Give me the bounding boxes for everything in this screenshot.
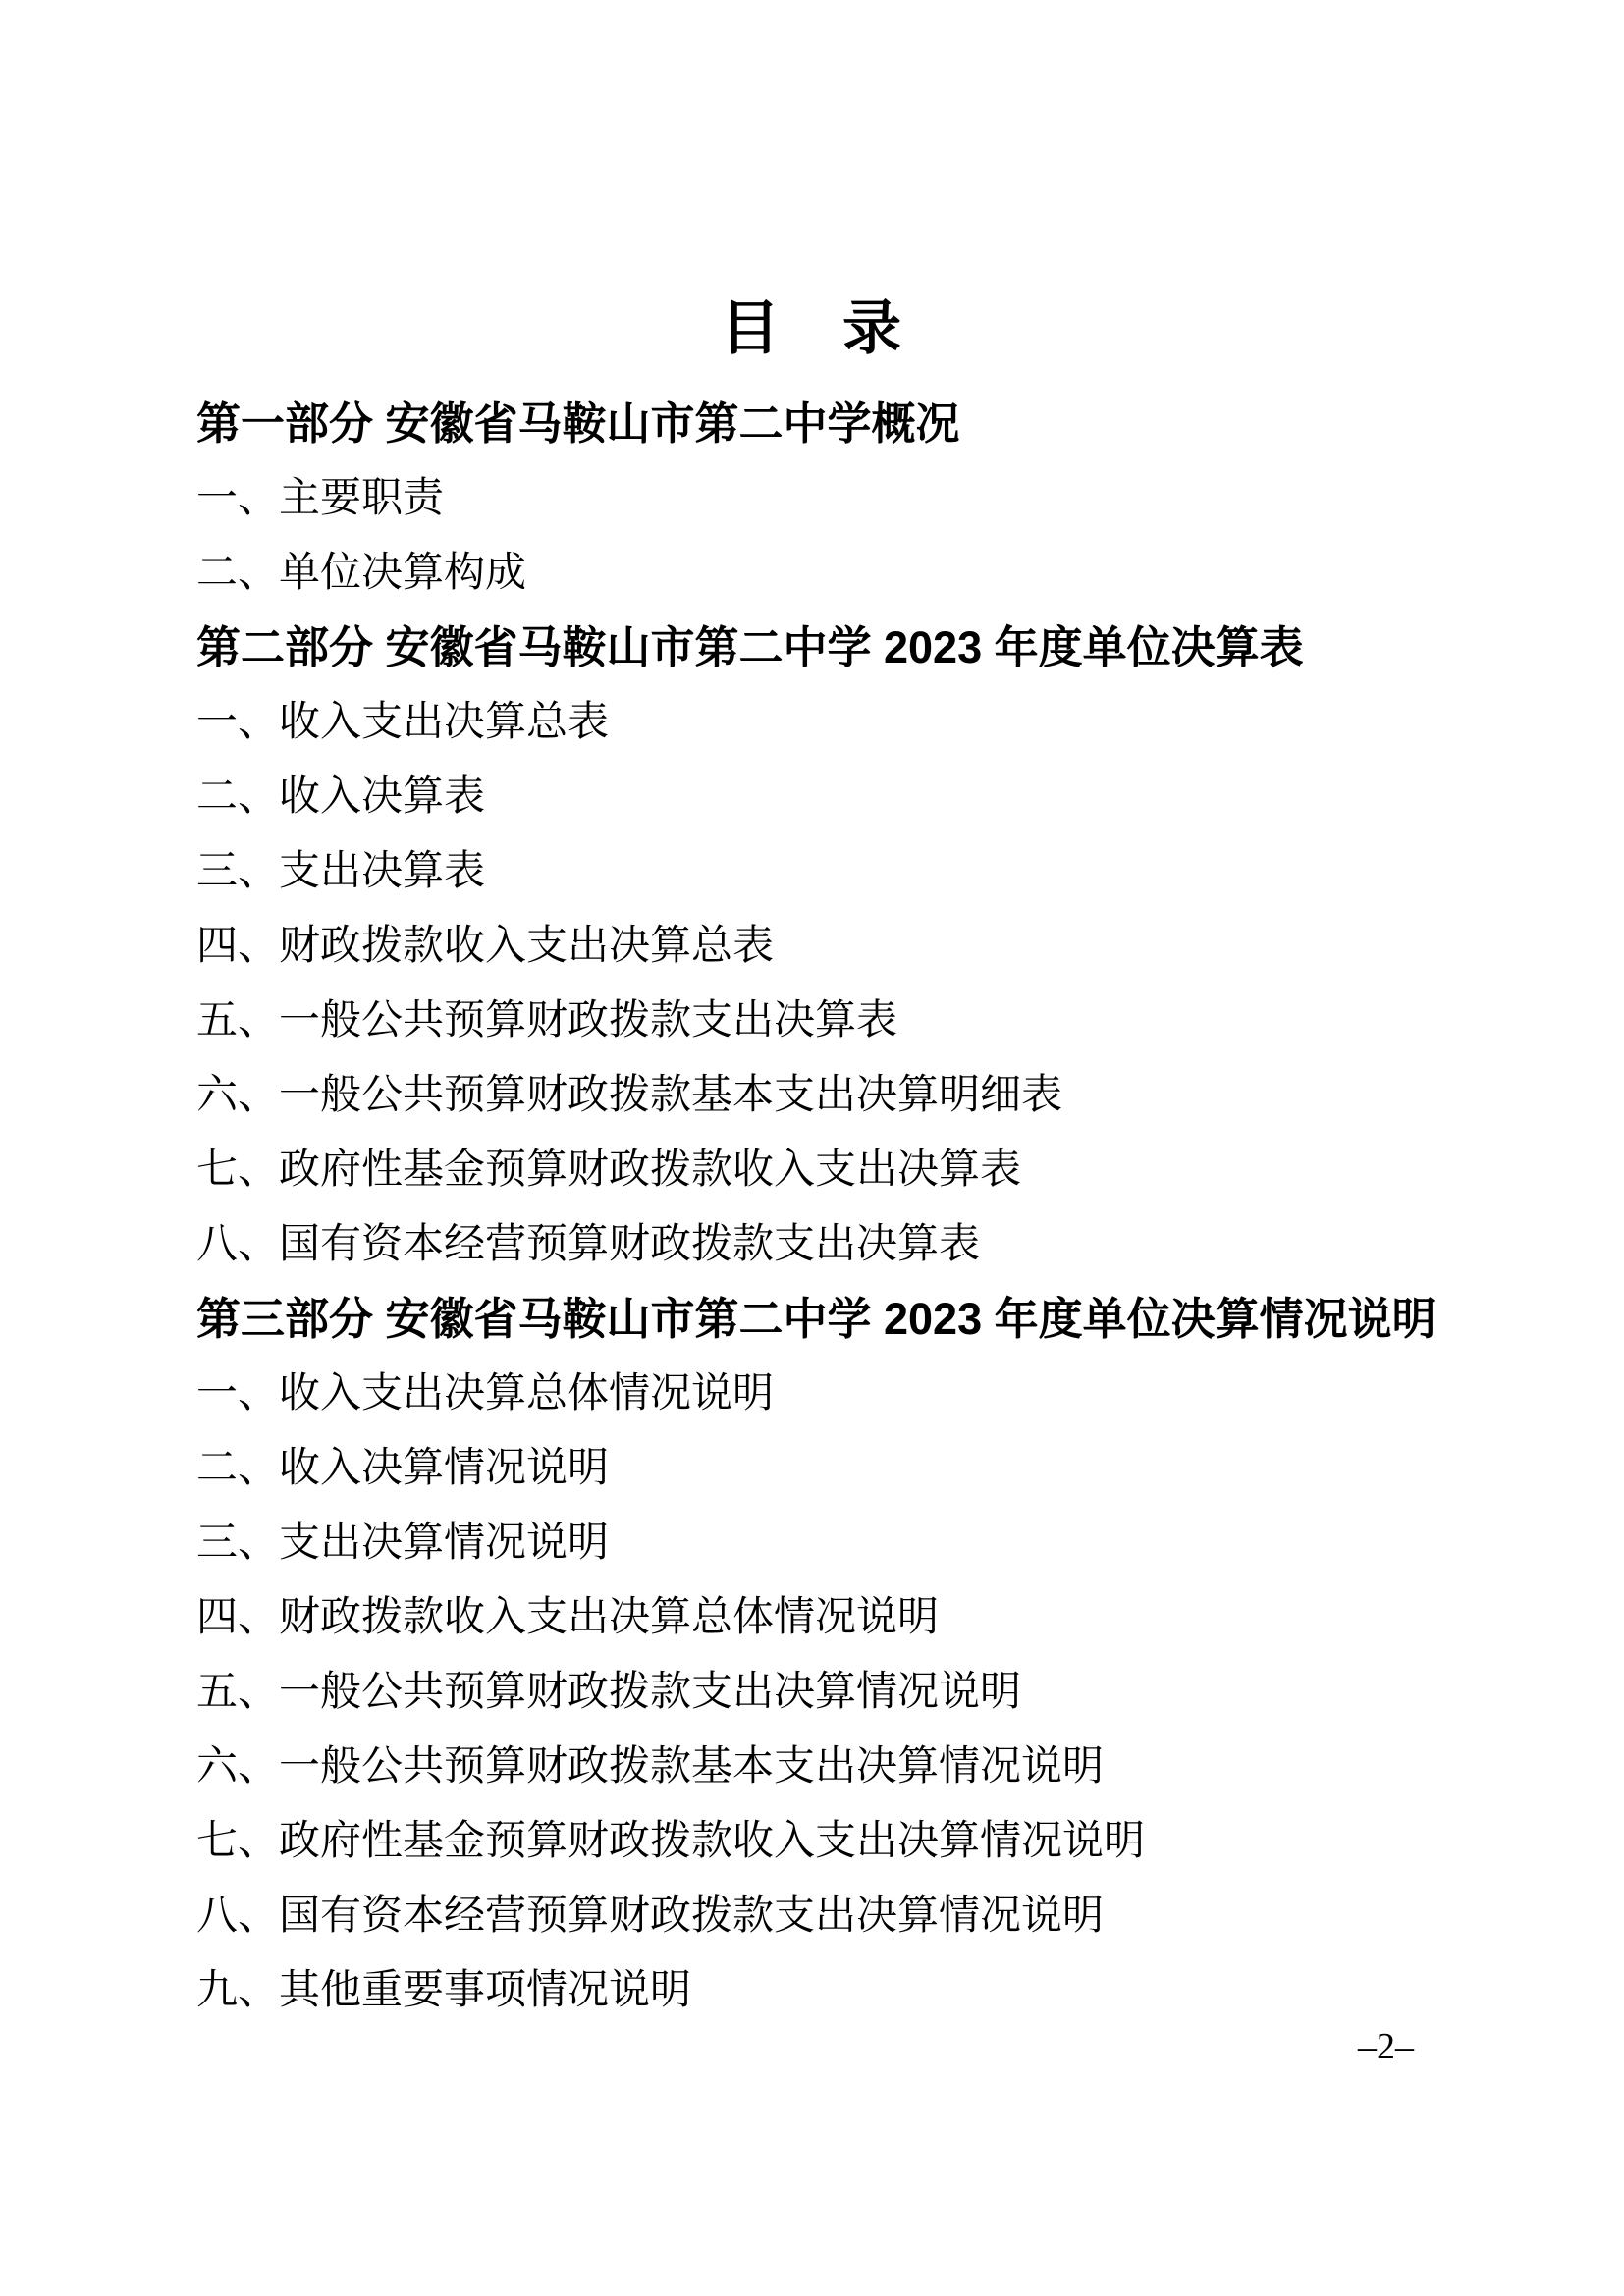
toc-section-items: 一、收入支出决算总体情况说明二、收入决算情况说明三、支出决算情况说明四、财政拨款…	[196, 1357, 1428, 2028]
toc-item: 二、收入决算情况说明	[196, 1431, 1428, 1506]
page-number: –2–	[1358, 2024, 1414, 2069]
toc-item: 四、财政拨款收入支出决算总表	[196, 909, 1428, 984]
toc-item: 九、其他重要事项情况说明	[196, 1953, 1428, 2028]
toc-section-items: 一、主要职责二、单位决算构成	[196, 461, 1428, 611]
toc-item: 五、一般公共预算财政拨款支出决算情况说明	[196, 1655, 1428, 1730]
toc-sections: 第一部分 安徽省马鞍山市第二中学概况 一、主要职责二、单位决算构成 第二部分 安…	[196, 387, 1428, 2028]
toc-section: 第一部分 安徽省马鞍山市第二中学概况 一、主要职责二、单位决算构成	[196, 387, 1428, 611]
toc-item: 三、支出决算情况说明	[196, 1506, 1428, 1580]
toc-item: 三、支出决算表	[196, 834, 1428, 909]
toc-item: 一、主要职责	[196, 461, 1428, 536]
toc-item: 五、一般公共预算财政拨款支出决算表	[196, 984, 1428, 1058]
toc-item: 七、政府性基金预算财政拨款收入支出决算情况说明	[196, 1804, 1428, 1879]
document-page: 目 录 第一部分 安徽省马鞍山市第二中学概况 一、主要职责二、单位决算构成 第二…	[0, 0, 1624, 2296]
toc-section: 第二部分 安徽省马鞍山市第二中学 2023 年度单位决算表 一、收入支出决算总表…	[196, 611, 1428, 1282]
toc-item: 一、收入支出决算总体情况说明	[196, 1357, 1428, 1431]
toc-item: 四、财政拨款收入支出决算总体情况说明	[196, 1580, 1428, 1655]
page-title: 目 录	[196, 285, 1428, 373]
toc-item: 八、国有资本经营预算财政拨款支出决算情况说明	[196, 1879, 1428, 1953]
toc-content: 目 录 第一部分 安徽省马鞍山市第二中学概况 一、主要职责二、单位决算构成 第二…	[196, 285, 1428, 2028]
toc-section: 第三部分 安徽省马鞍山市第二中学 2023 年度单位决算情况说明 一、收入支出决…	[196, 1282, 1428, 2028]
toc-section-items: 一、收入支出决算总表二、收入决算表三、支出决算表四、财政拨款收入支出决算总表五、…	[196, 685, 1428, 1282]
toc-section-heading: 第三部分 安徽省马鞍山市第二中学 2023 年度单位决算情况说明	[196, 1282, 1428, 1357]
toc-item: 六、一般公共预算财政拨款基本支出决算情况说明	[196, 1730, 1428, 1804]
toc-section-heading: 第二部分 安徽省马鞍山市第二中学 2023 年度单位决算表	[196, 611, 1428, 685]
toc-item: 七、政府性基金预算财政拨款收入支出决算表	[196, 1133, 1428, 1207]
toc-item: 二、收入决算表	[196, 760, 1428, 834]
toc-item: 二、单位决算构成	[196, 536, 1428, 611]
toc-section-heading: 第一部分 安徽省马鞍山市第二中学概况	[196, 387, 1428, 461]
toc-item: 八、国有资本经营预算财政拨款支出决算表	[196, 1207, 1428, 1282]
toc-item: 一、收入支出决算总表	[196, 685, 1428, 760]
toc-item: 六、一般公共预算财政拨款基本支出决算明细表	[196, 1058, 1428, 1133]
